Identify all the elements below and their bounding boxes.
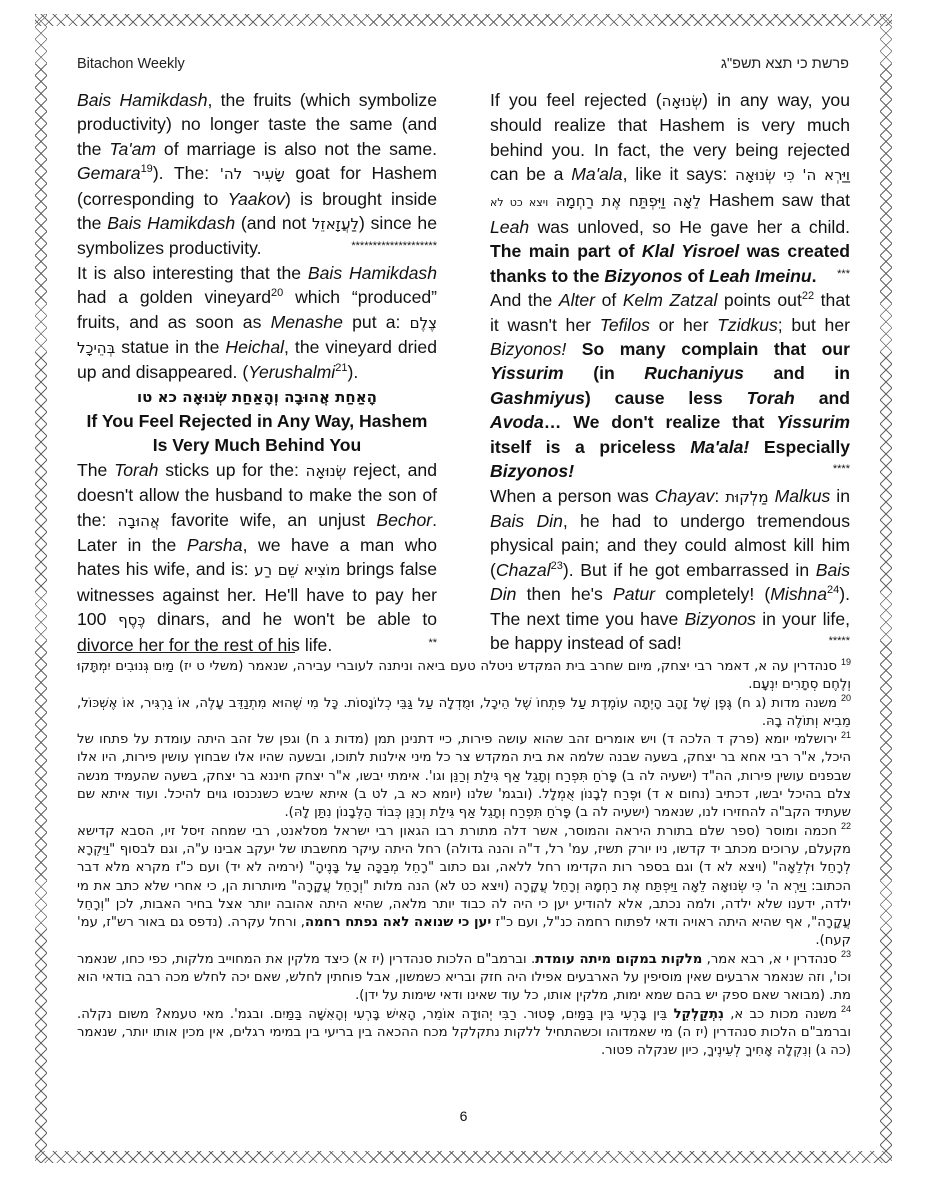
italic-term: Tefilos — [600, 315, 650, 335]
italic-term: Avoda — [490, 412, 544, 432]
border-top — [35, 14, 892, 26]
page-header: Bitachon Weekly פרשת כי תצא תשפ"ג — [77, 56, 849, 76]
footnote-bold: נִתְקַלְקֵל — [674, 1007, 724, 1022]
text: or her — [650, 315, 717, 335]
hebrew-text: מוֹצִיא שֵׁם רַע — [254, 561, 340, 579]
text: completely! ( — [655, 584, 770, 604]
paragraph: Bais Hamikdash, the fruits (which symbol… — [77, 88, 437, 261]
footnote-22: 22חכמה ומוסר (ספר שלם בתורת היראה והמוסר… — [77, 823, 851, 951]
publication-title: Bitachon Weekly — [77, 56, 185, 72]
italic-term: Mishna — [770, 584, 827, 604]
section-heading: If You Feel Rejected in Any Way, Hashem … — [77, 409, 437, 458]
footnote-text: סנהדרין עה א, דאמר רבי יצחק, מיום שחרב ב… — [77, 659, 851, 692]
italic-term: Chazal — [496, 560, 551, 580]
footnote-23: 23סנהדרין י א, רבא אמר, מלקות במקום מיתה… — [77, 951, 851, 1006]
paragraph: It is also interesting that the Bais Ham… — [77, 261, 437, 385]
paragraph: And the Alter of Kelm Zatzal points out2… — [490, 288, 850, 483]
italic-term: Torah — [747, 388, 795, 408]
paragraph: If you feel rejected (שְׂנוּאָה) in any … — [490, 88, 850, 288]
page-number: 6 — [0, 1108, 927, 1124]
text: statue in the — [115, 337, 225, 357]
italic-term: Ta'am — [109, 139, 156, 159]
text: , like it says: — [623, 164, 736, 184]
text: sticks up for the: — [158, 460, 305, 480]
italic-term: Bais Hamikdash — [107, 213, 235, 233]
section-divider-stars: *** — [837, 262, 850, 286]
footnote-19: 19סנהדרין עה א, דאמר רבי יצחק, מיום שחרב… — [77, 658, 851, 695]
border-left — [35, 14, 47, 1163]
italic-term: Ma'ala! — [690, 437, 749, 457]
bold-text: So many complain that our Yissurim (in R… — [490, 339, 850, 481]
hebrew-text: אֲהוּבָה — [118, 512, 160, 530]
section-divider-stars: **** — [833, 457, 850, 481]
italic-term: Bizyonos! — [490, 339, 566, 359]
text: … We don't realize that — [544, 412, 777, 432]
text: ). But if he got embarrassed in — [563, 560, 816, 580]
italic-term: Leah — [490, 217, 529, 237]
text: and — [795, 388, 850, 408]
italic-term: Bizyonos — [685, 609, 756, 629]
italic-term: Yissurim — [776, 412, 850, 432]
italic-term: Parsha — [187, 535, 243, 555]
text: . — [812, 266, 817, 286]
italic-term: Gemara — [77, 163, 141, 183]
border-bottom — [35, 1151, 892, 1163]
footnote-text: משנה מדות (ג ח) גֶּפֶן שֶׁל זָהָב הָיְתָ… — [77, 696, 851, 729]
bold-text: The main part of Klal Yisroel was create… — [490, 241, 850, 285]
text: The — [77, 460, 114, 480]
text: The main part of — [490, 241, 642, 261]
text: And the — [490, 290, 559, 310]
text: ). The: — [153, 163, 220, 183]
italic-term: Alter — [559, 290, 595, 310]
footnote-number: 20 — [841, 693, 851, 703]
right-column: If you feel rejected (שְׂנוּאָה) in any … — [490, 88, 850, 655]
text: ). — [347, 362, 358, 382]
text: put a: — [343, 312, 410, 332]
italic-term: Heichal — [225, 337, 284, 357]
section-divider-stars: ** — [428, 631, 437, 655]
footnote-number: 21 — [841, 730, 851, 740]
footnotes: 19סנהדרין עה א, דאמר רבי יצחק, מיום שחרב… — [77, 658, 851, 1061]
italic-term: Ruchaniyus — [644, 363, 744, 383]
text: Hashem saw that — [701, 190, 850, 210]
text: When a person was — [490, 486, 655, 506]
section-divider-stars: ******************** — [351, 234, 437, 258]
section-heading-hebrew: הָאַחַת אֲהוּבָה וְהָאַחַת שְׂנוּאָה כא … — [77, 385, 437, 409]
border-right — [880, 14, 892, 1163]
footnote-text: ירושלמי יומא (פרק ד הלכה ד) ויש אומרים ז… — [77, 732, 851, 820]
footnote-separator — [77, 652, 295, 653]
text: of — [683, 266, 709, 286]
hebrew-source-citation: ויצא כט לא — [490, 196, 548, 209]
italic-term: Kelm Zatzal — [623, 290, 718, 310]
hebrew-text: כֶּסֶף — [118, 611, 145, 629]
italic-term: Yaakov — [228, 189, 285, 209]
text: ; but her — [778, 315, 850, 335]
italic-term: Bais Din — [490, 511, 563, 531]
parsha-title: פרשת כי תצא תשפ"ג — [721, 56, 849, 72]
footnote-24: 24משנה מכות כב א, נִתְקַלְקֵל בֵּין בָּר… — [77, 1006, 851, 1061]
footnote-number: 22 — [841, 821, 851, 831]
footnote-ref[interactable]: 24 — [827, 584, 839, 596]
text: in — [830, 486, 850, 506]
footnote-number: 24 — [841, 1004, 851, 1014]
text: points out — [717, 290, 802, 310]
footnote-text: משנה מכות כב א, — [724, 1007, 837, 1022]
footnote-ref[interactable]: 22 — [802, 290, 814, 302]
text: of — [595, 290, 623, 310]
hebrew-text: שְׂנוּאָה — [306, 462, 347, 480]
footnote-ref[interactable]: 23 — [551, 560, 563, 572]
hebrew-text: שָׂעִיר לה' — [220, 165, 285, 183]
italic-term: Tzidkus — [717, 315, 778, 335]
footnote-bold: יען כי שנואה לאה נפתח רחמה — [305, 915, 491, 930]
italic-term: Gashmiyus — [490, 388, 585, 408]
italic-term: Klal Yisroel — [642, 241, 739, 261]
hebrew-text: מַלְקוּת — [725, 488, 768, 506]
text: had a golden vineyard — [77, 287, 271, 307]
footnote-21: 21ירושלמי יומא (פרק ד הלכה ד) ויש אומרים… — [77, 731, 851, 822]
italic-term: Patur — [613, 584, 655, 604]
italic-term: Torah — [114, 460, 158, 480]
paragraph: When a person was Chayav: מַלְקוּת Malku… — [490, 484, 850, 656]
italic-term: Bechor — [376, 510, 432, 530]
left-column: Bais Hamikdash, the fruits (which symbol… — [77, 88, 437, 657]
text: Especially — [749, 437, 850, 457]
italic-term: Menashe — [271, 312, 343, 332]
text: ) cause less — [585, 388, 747, 408]
section-divider-stars: ***** — [829, 629, 850, 653]
italic-term: Bais Hamikdash — [77, 90, 207, 110]
text: itself is a priceless — [490, 437, 690, 457]
text: If you feel rejected ( — [490, 90, 662, 110]
footnote-20: 20משנה מדות (ג ח) גֶּפֶן שֶׁל זָהָב הָיְ… — [77, 695, 851, 732]
italic-term: Chayav — [655, 486, 715, 506]
text: favorite wife, an unjust — [160, 510, 376, 530]
text: was unloved, so He gave her a child. — [529, 217, 850, 237]
italic-term: Ma'ala — [571, 164, 622, 184]
text: It is also interesting that the — [77, 263, 308, 283]
text: (and not — [235, 213, 312, 233]
paragraph: The Torah sticks up for the: שְׂנוּאָה r… — [77, 458, 437, 657]
italic-term: Leah Imeinu — [709, 266, 812, 286]
italic-term: Bizyonos! — [490, 461, 574, 481]
hebrew-text: שְׂנוּאָה — [662, 92, 703, 110]
footnote-number: 19 — [841, 657, 851, 667]
italic-term: Bais Hamikdash — [308, 263, 437, 283]
footnote-ref[interactable]: 21 — [335, 363, 347, 375]
text: (in — [564, 363, 645, 383]
text: So many complain that our — [566, 339, 850, 359]
hebrew-text: לַעֲזָאזֵל — [312, 215, 359, 233]
text: and in — [744, 363, 850, 383]
italic-term: Malkus — [775, 486, 831, 506]
italic-term: Yerushalmi — [248, 362, 335, 382]
text: : — [714, 486, 725, 506]
footnote-number: 23 — [841, 949, 851, 959]
text: then he's — [516, 584, 613, 604]
footnote-ref[interactable]: 19 — [141, 163, 153, 175]
footnote-text: סנהדרין י א, רבא אמר, — [702, 952, 837, 967]
footnote-ref[interactable]: 20 — [271, 287, 283, 299]
italic-term: Yissurim — [490, 363, 564, 383]
italic-term: Bizyonos — [604, 266, 682, 286]
footnote-bold: מלקות במקום מיתה עומדת — [535, 952, 702, 967]
text: of marriage is also not the same. — [156, 139, 437, 159]
